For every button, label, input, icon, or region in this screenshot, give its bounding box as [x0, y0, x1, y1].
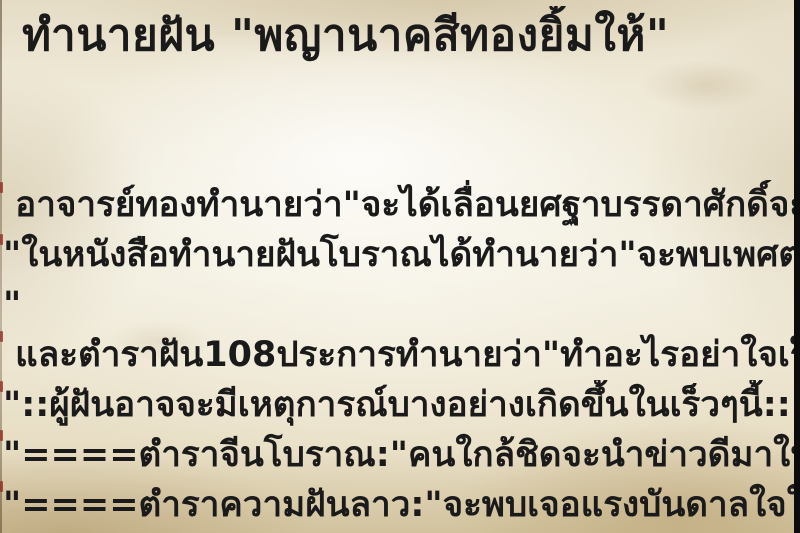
prediction-line: "::ผู้ฝันอาจจะมีเหตุการณ์บางอย่างเกิดขึ้… — [3, 380, 800, 430]
aged-paper-background: ทำนายฝัน "พญานาคสีทองยิ้มให้" อาจารย์ทอง… — [0, 0, 800, 533]
prediction-line: "====ตำราความฝันลาว:"จะพบเจอแรงบันดาลใจใ… — [3, 480, 800, 530]
prediction-line: " — [3, 280, 800, 330]
red-edge-stain — [0, 234, 3, 245]
left-edge-shadow — [0, 0, 2, 533]
prediction-text-block: อาจารย์ทองทำนายว่า"จะได้เลื่อนยศฐาบรรดาศ… — [3, 180, 800, 530]
red-edge-stain — [0, 182, 3, 193]
prediction-line: "====ตำราจีนโบราณ:"คนใกล้ชิดจะนำข่าวดีมา… — [3, 430, 800, 480]
red-edge-stain — [0, 430, 3, 441]
red-edge-stain — [0, 481, 3, 492]
prediction-line: และตำราฝัน108ประการทำนายว่า"ทำอะไรอย่าใจ… — [3, 330, 800, 380]
red-edge-stain — [0, 381, 3, 392]
prediction-line: "ในหนังสือทำนายฝันโบราณได้ทำนายว่า"จะพบเ… — [3, 230, 800, 280]
red-edge-stain — [0, 331, 3, 342]
prediction-line: อาจารย์ทองทำนายว่า"จะได้เลื่อนยศฐาบรรดาศ… — [3, 180, 800, 230]
right-edge-black-bar — [794, 0, 800, 533]
dream-prediction-title: ทำนายฝัน "พญานาคสีทองยิ้มให้" — [22, 6, 780, 66]
